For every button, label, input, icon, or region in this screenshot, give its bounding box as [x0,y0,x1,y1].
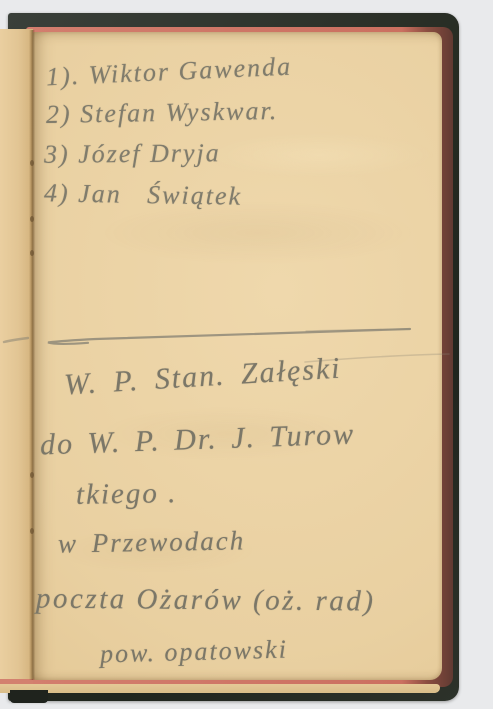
gutter-crease [29,30,35,680]
handwritten-address-line-5: poczta Ożarów (oż. rad) [36,583,376,619]
handwritten-entry-3: 3) Józef Dryja [44,138,221,170]
page-stack-edge [0,684,440,693]
handwritten-address-line-6: pow. opatowski [100,635,289,670]
stitch-hole [30,528,34,534]
stitch-hole [30,216,34,222]
pencil-margin-dash [2,335,30,345]
handwritten-address-line-3: tkiego . [76,477,178,512]
handwritten-entry-2: 2) Stefan Wyskwar. [46,96,279,130]
handwritten-entry-4: 4) Jan Świątek [44,178,243,211]
scanned-notebook: 1). Wiktor Gawenda 2) Stefan Wyskwar. 3)… [0,0,493,709]
stitch-hole [30,160,34,166]
cover-corner-tab [10,690,48,703]
stitch-hole [30,250,34,256]
handwritten-address-line-4: w Przewodach [58,525,246,559]
pencil-divider-line [36,322,414,346]
stitch-hole [30,472,34,478]
